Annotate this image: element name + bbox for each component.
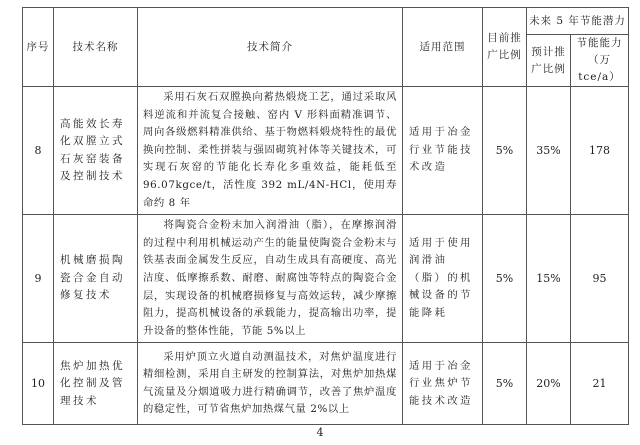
row-scope: 适用于使用润滑油（脂）的机械设备的节能降耗 <box>403 215 483 343</box>
row-seq: 8 <box>23 87 54 215</box>
header-current-ratio: 目前推广比例 <box>483 8 527 87</box>
row-expected-ratio: 35% <box>527 87 571 215</box>
row-tech-desc-text: 采用石灰石双膛换向蓄热煅烧工艺，通过采取风料逆流和并流复合接触、窑内 V 形料面… <box>143 91 397 209</box>
row-scope: 适用于冶金行业焦炉节能技术改造 <box>403 343 483 425</box>
header-seq: 序号 <box>23 8 54 87</box>
row-current-ratio: 5% <box>483 215 527 343</box>
header-desc: 技术简介 <box>138 8 403 87</box>
table-row: 9 机械磨损陶瓷合金自动修复技术 将陶瓷合金粉末加入润滑油（脂），在摩擦润滑的过… <box>23 215 629 343</box>
header-name: 技术名称 <box>54 8 138 87</box>
header-saving-capacity: 节能能力（万 tce/a） <box>571 35 629 87</box>
table-row: 10 焦炉加热优化控制及管理技术 采用炉顶立火道自动测温技术，对焦炉温度进行精细… <box>23 343 629 425</box>
row-tech-name: 高能效长寿化双膛立式石灰窑装备及控制技术 <box>54 87 138 215</box>
header-scope: 适用范围 <box>403 8 483 87</box>
header-expected-ratio: 预计推广比例 <box>527 35 571 87</box>
row-saving-capacity: 178 <box>571 87 629 215</box>
header-future-potential: 未来 5 年节能潜力 <box>527 8 629 35</box>
page-number: 4 <box>0 426 640 439</box>
row-seq: 9 <box>23 215 54 343</box>
technology-table: 序号 技术名称 技术简介 适用范围 目前推广比例 未来 5 年节能潜力 预计推广… <box>22 7 629 425</box>
row-tech-desc-text: 将陶瓷合金粉末加入润滑油（脂），在摩擦润滑的过程中利用机械运动产生的能量使陶瓷合… <box>143 219 397 337</box>
row-current-ratio: 5% <box>483 87 527 215</box>
row-tech-desc: 采用炉顶立火道自动测温技术，对焦炉温度进行精细检测，采用自主研发的控制算法，对焦… <box>138 343 403 425</box>
row-seq: 10 <box>23 343 54 425</box>
row-tech-name: 机械磨损陶瓷合金自动修复技术 <box>54 215 138 343</box>
row-saving-capacity: 95 <box>571 215 629 343</box>
row-scope: 适用于冶金行业节能技术改造 <box>403 87 483 215</box>
row-current-ratio: 5% <box>483 343 527 425</box>
row-tech-name: 焦炉加热优化控制及管理技术 <box>54 343 138 425</box>
row-tech-desc: 采用石灰石双膛换向蓄热煅烧工艺，通过采取风料逆流和并流复合接触、窑内 V 形料面… <box>138 87 403 215</box>
row-tech-desc: 将陶瓷合金粉末加入润滑油（脂），在摩擦润滑的过程中利用机械运动产生的能量使陶瓷合… <box>138 215 403 343</box>
table-row: 8 高能效长寿化双膛立式石灰窑装备及控制技术 采用石灰石双膛换向蓄热煅烧工艺，通… <box>23 87 629 215</box>
row-saving-capacity: 21 <box>571 343 629 425</box>
row-expected-ratio: 15% <box>527 215 571 343</box>
row-tech-desc-text: 采用炉顶立火道自动测温技术，对焦炉温度进行精细检测，采用自主研发的控制算法，对焦… <box>143 351 397 416</box>
row-expected-ratio: 20% <box>527 343 571 425</box>
